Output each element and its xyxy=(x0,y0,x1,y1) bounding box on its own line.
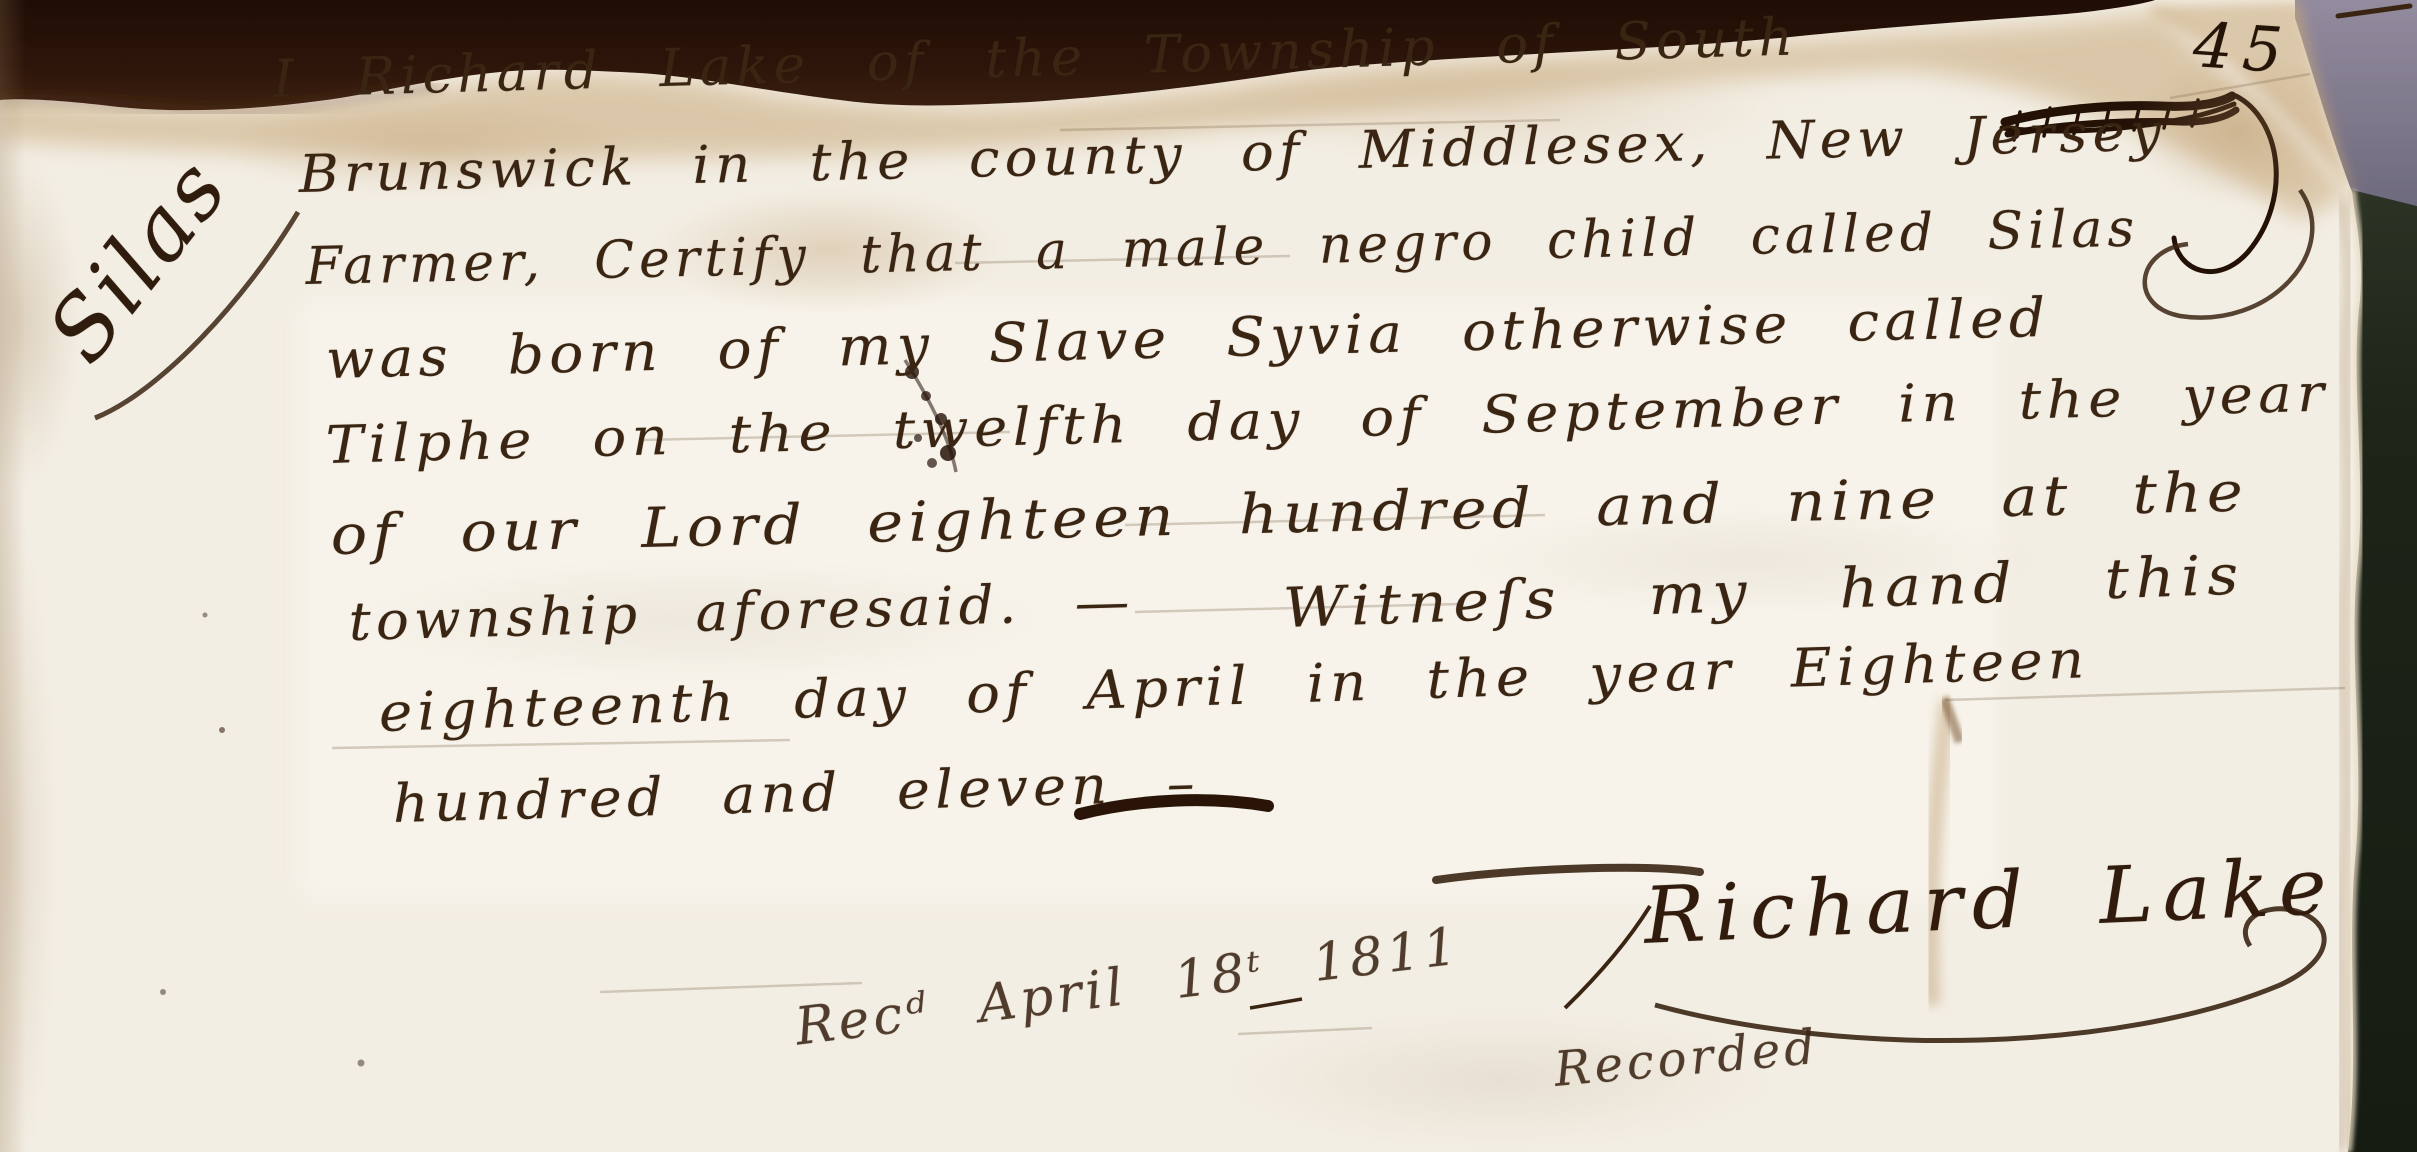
page-number: 45 xyxy=(2191,8,2295,88)
manuscript-photo: 45 Silas I Richard Lake of the Township … xyxy=(0,0,2417,1152)
page-edge-shadow xyxy=(2340,200,2349,1152)
